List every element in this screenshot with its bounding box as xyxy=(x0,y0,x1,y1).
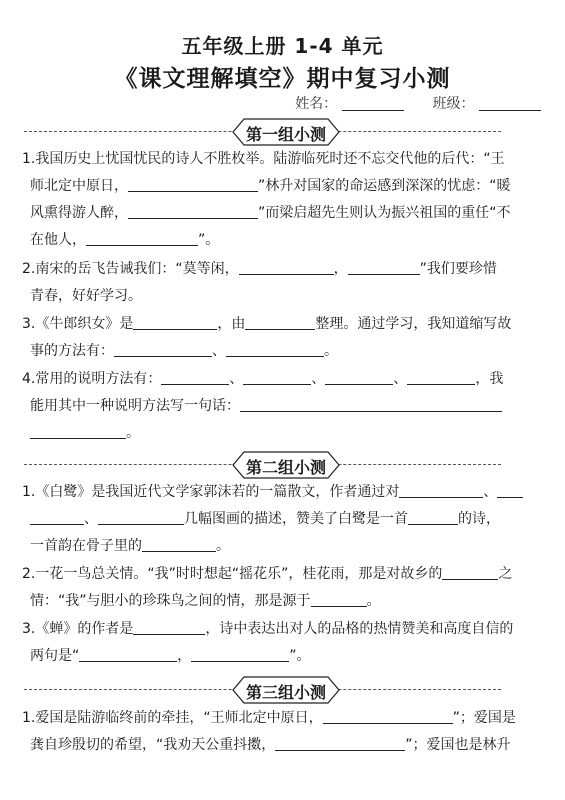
blank-field[interactable] xyxy=(243,369,311,385)
blank-field[interactable] xyxy=(226,341,324,357)
question-2-2: 2.一花一鸟总关情。“我”时时想起“摇花乐”，桂花雨，那是对故乡的之 情：“我”… xyxy=(22,561,542,615)
blank-field[interactable] xyxy=(399,482,483,498)
blank-field[interactable] xyxy=(407,369,475,385)
blank-field[interactable] xyxy=(114,341,212,357)
question-1-2: 2.南宋的岳飞告诫我们：“莫等闲，，”我们要珍惜 青春，好好学习。 xyxy=(22,256,542,310)
student-info: 姓名： 班级： xyxy=(295,93,541,113)
question-1-4: 4.常用的说明方法有：、、、，我 能用其中一种说明方法写一句话： 。 xyxy=(22,366,542,447)
question-3-1: 1.爱国是陆游临终前的牵挂，“王师北定中原日，”；爱国是 龚自珍殷切的希望，“我… xyxy=(22,705,542,759)
text-line: 龚自珍殷切的希望，“我劝天公重抖擞，”；爱国也是林升 xyxy=(22,732,542,759)
blank-field[interactable] xyxy=(86,230,198,246)
blank-field[interactable] xyxy=(311,591,367,607)
blank-field[interactable] xyxy=(325,369,393,385)
blank-field[interactable] xyxy=(128,176,258,192)
text-line: 两句是“，”。 xyxy=(22,643,542,670)
text-line: 、几幅图画的描述，赞美了白鹭是一首的诗， xyxy=(22,506,542,533)
text-line: 一首韵在骨子里的。 xyxy=(22,533,542,560)
section-title: 第三组小测 xyxy=(232,680,340,703)
blank-field[interactable] xyxy=(133,314,217,330)
text-line: 2.一花一鸟总关情。“我”时时想起“摇花乐”，桂花雨，那是对故乡的之 xyxy=(22,561,542,588)
blank-field[interactable] xyxy=(30,423,126,439)
section-header-3: 第三组小测 xyxy=(24,676,501,704)
blank-field[interactable] xyxy=(142,536,216,552)
blank-field[interactable] xyxy=(275,735,405,751)
question-2-3: 3.《蝉》的作者是，诗中表达出对人的品格的热情赞美和高度自信的 两句是“，”。 xyxy=(22,616,542,670)
blank-field[interactable] xyxy=(30,509,84,525)
class-field[interactable] xyxy=(479,96,541,111)
blank-field[interactable] xyxy=(240,396,502,412)
blank-field[interactable] xyxy=(161,369,229,385)
text-line: 2.南宋的岳飞告诫我们：“莫等闲，，”我们要珍惜 xyxy=(22,256,542,283)
section-title: 第二组小测 xyxy=(232,455,340,478)
text-line: 3.《牛郎织女》是，由整理。通过学习，我知道缩写故 xyxy=(22,311,542,338)
name-label: 姓名： xyxy=(295,96,337,112)
question-1-1: 1.我国历史上忧国忧民的诗人不胜枚举。陆游临死时还不忘交代他的后代：“王 师北定… xyxy=(22,146,542,254)
text-line: 4.常用的说明方法有：、、、，我 xyxy=(22,366,542,393)
blank-field[interactable] xyxy=(191,646,289,662)
page-title-grade: 五年级上册 1-4 单元 xyxy=(0,30,565,59)
blank-field[interactable] xyxy=(442,564,498,580)
text-line: 1.爱国是陆游临终前的牵挂，“王师北定中原日，”；爱国是 xyxy=(22,705,542,732)
section-badge: 第二组小测 xyxy=(232,451,340,479)
blank-field[interactable] xyxy=(98,509,184,525)
blank-field[interactable] xyxy=(128,203,258,219)
blank-field[interactable] xyxy=(239,259,334,275)
text-line: 情：“我”与胆小的珍珠鸟之间的情，那是源于。 xyxy=(22,588,542,615)
blank-field[interactable] xyxy=(408,509,458,525)
section-header-1: 第一组小测 xyxy=(24,118,501,146)
text-line: 1.《白鹭》是我国近代文学家郭沫若的一篇散文，作者通过对、 xyxy=(22,479,542,506)
text-line: 1.我国历史上忧国忧民的诗人不胜枚举。陆游临死时还不忘交代他的后代：“王 xyxy=(22,146,542,173)
class-label: 班级： xyxy=(433,96,475,112)
blank-field[interactable] xyxy=(133,619,205,635)
text-line: 师北定中原日，”林升对国家的命运感到深深的忧虑：“暖 xyxy=(22,173,542,200)
name-field[interactable] xyxy=(342,96,404,111)
blank-field[interactable] xyxy=(323,708,453,724)
text-line: 事的方法有：、。 xyxy=(22,338,542,365)
text-line: 。 xyxy=(22,420,542,447)
question-2-1: 1.《白鹭》是我国近代文学家郭沫若的一篇散文，作者通过对、 、几幅图画的描述，赞… xyxy=(22,479,542,560)
section-header-2: 第二组小测 xyxy=(24,451,501,479)
text-line: 青春，好好学习。 xyxy=(22,283,542,310)
blank-field[interactable] xyxy=(348,259,420,275)
section-title: 第一组小测 xyxy=(232,122,340,145)
section-badge: 第一组小测 xyxy=(232,118,340,146)
text-line: 3.《蝉》的作者是，诗中表达出对人的品格的热情赞美和高度自信的 xyxy=(22,616,542,643)
question-1-3: 3.《牛郎织女》是，由整理。通过学习，我知道缩写故 事的方法有：、。 xyxy=(22,311,542,365)
text-line: 能用其中一种说明方法写一句话： xyxy=(22,393,542,420)
page-title-quiz: 《课文理解填空》期中复习小测 xyxy=(0,60,565,93)
blank-field[interactable] xyxy=(497,482,523,498)
text-line: 在他人，”。 xyxy=(22,227,542,254)
blank-field[interactable] xyxy=(245,314,315,330)
text-line: 风熏得游人醉，”而梁启超先生则认为振兴祖国的重任“不 xyxy=(22,200,542,227)
section-badge: 第三组小测 xyxy=(232,676,340,704)
blank-field[interactable] xyxy=(79,646,177,662)
